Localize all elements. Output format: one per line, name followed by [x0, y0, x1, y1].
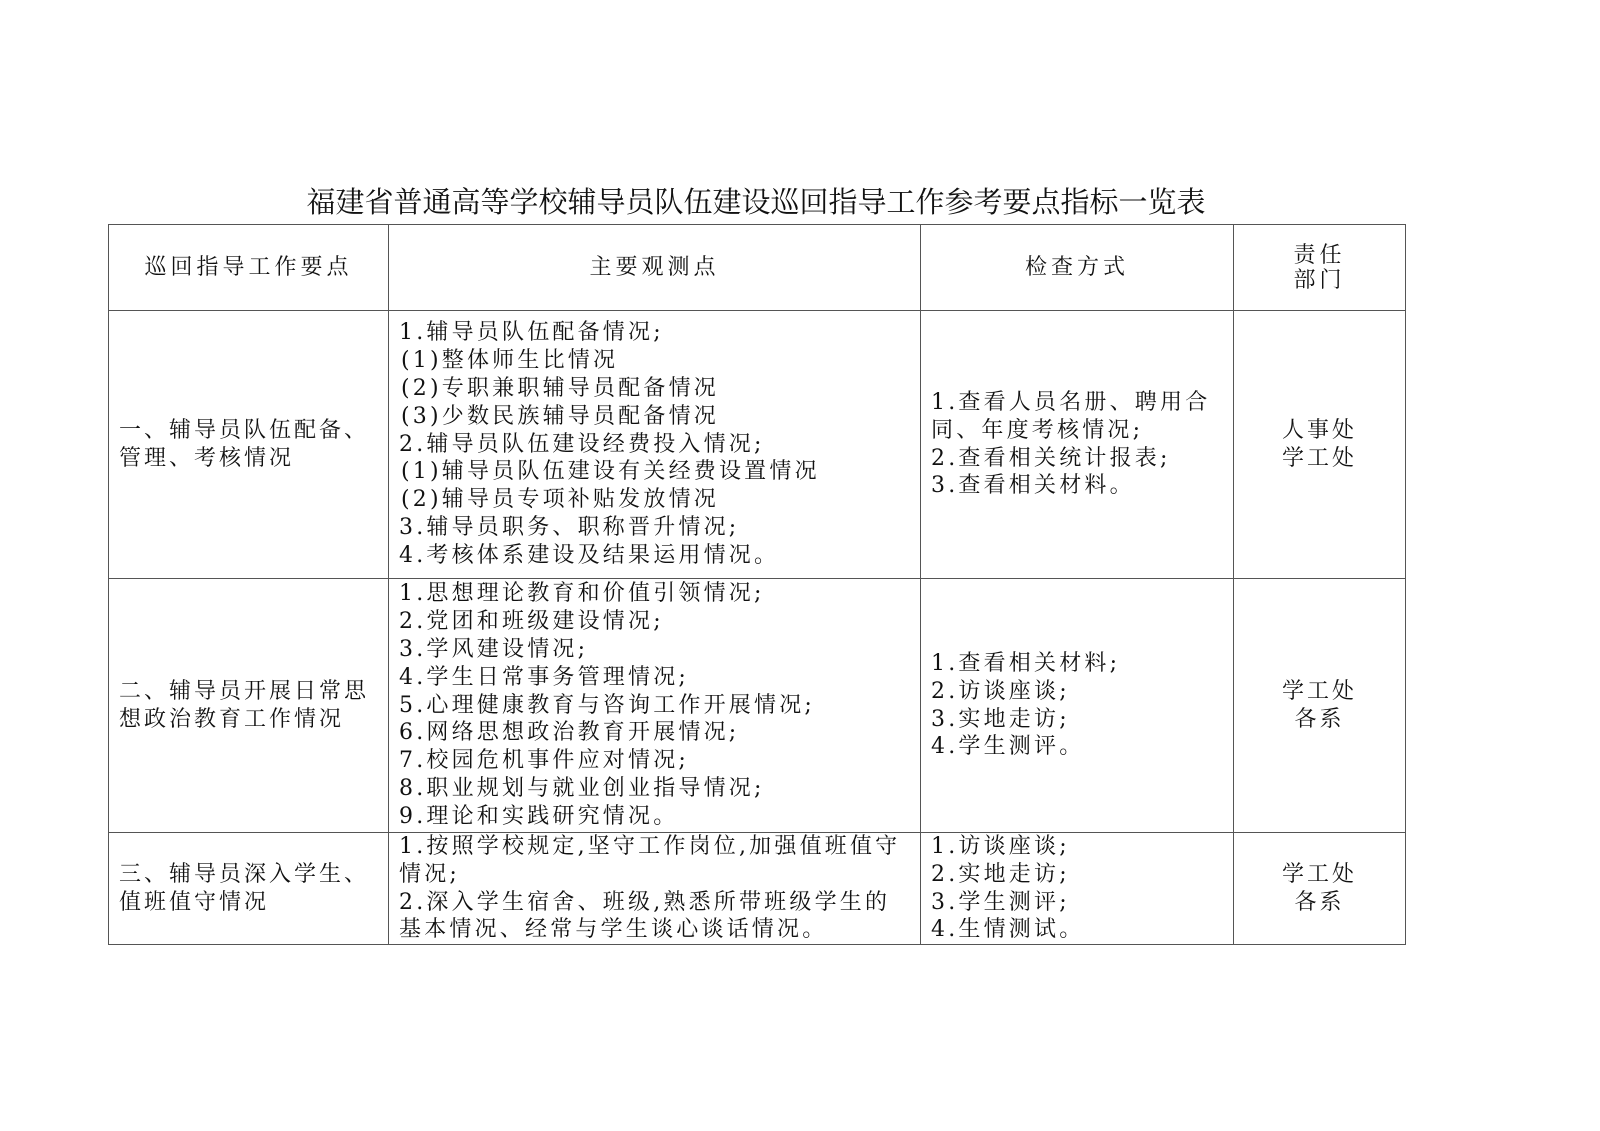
observation-line: 1.辅导员队伍配备情况; [399, 319, 914, 347]
observation-line: (2)专职兼职辅导员配备情况 [399, 375, 914, 403]
item-line: 值班值守情况 [119, 889, 380, 917]
observation-line: 2.辅导员队伍建设经费投入情况; [399, 431, 914, 459]
table-row: 一、辅导员队伍配备、 管理、考核情况 1.辅导员队伍配备情况; (1)整体师生比… [109, 311, 1406, 579]
observation-line: 3.辅导员职务、职称晋升情况; [399, 514, 914, 542]
method-cell: 1.访谈座谈; 2.实地走访; 3.学生测评; 4.生情测试。 [921, 833, 1234, 945]
method-line: 4.学生测评。 [931, 733, 1227, 761]
department-name: 人事处 [1234, 417, 1405, 445]
observation-line: 1.思想理论教育和价值引领情况; [399, 580, 914, 608]
observation-line: 4.学生日常事务管理情况; [399, 664, 914, 692]
observation-line: 2.党团和班级建设情况; [399, 608, 914, 636]
header-department: 责任 部门 [1234, 225, 1406, 311]
observation-cell: 1.辅导员队伍配备情况; (1)整体师生比情况 (2)专职兼职辅导员配备情况 (… [389, 311, 921, 579]
table-row: 三、辅导员深入学生、 值班值守情况 1.按照学校规定,坚守工作岗位,加强值班值守… [109, 833, 1406, 945]
method-cell: 1.查看相关材料; 2.访谈座谈; 3.实地走访; 4.学生测评。 [921, 579, 1234, 833]
method-line: 3.学生测评; [931, 889, 1227, 917]
department-name: 学工处 [1234, 678, 1405, 706]
observation-line: (1)整体师生比情况 [399, 347, 914, 375]
header-method: 检查方式 [921, 225, 1234, 311]
item-line: 一、辅导员队伍配备、 [119, 417, 380, 445]
observation-line: 7.校园危机事件应对情况; [399, 747, 914, 775]
page-title: 福建省普通高等学校辅导员队伍建设巡回指导工作参考要点指标一览表 [0, 180, 1512, 224]
observation-line: 6.网络思想政治教育开展情况; [399, 719, 914, 747]
department-name: 学工处 [1234, 861, 1405, 889]
method-line: 1.查看相关材料; [931, 650, 1227, 678]
guide-indicator-table: 巡回指导工作要点 主要观测点 检查方式 责任 部门 一、辅导员队伍配备、 管理、… [108, 224, 1406, 945]
department-name: 各系 [1234, 706, 1405, 734]
observation-line: (2)辅导员专项补贴发放情况 [399, 486, 914, 514]
observation-line: 4.考核体系建设及结果运用情况。 [399, 542, 914, 570]
department-name: 各系 [1234, 889, 1405, 917]
observation-line: (3)少数民族辅导员配备情况 [399, 403, 914, 431]
item-cell: 一、辅导员队伍配备、 管理、考核情况 [109, 311, 389, 579]
department-cell: 学工处 各系 [1234, 579, 1406, 833]
department-cell: 学工处 各系 [1234, 833, 1406, 945]
header-department-line1: 责任 [1234, 243, 1405, 268]
observation-line: 9.理论和实践研究情况。 [399, 803, 914, 831]
item-line: 二、辅导员开展日常思 [119, 678, 380, 706]
observation-line: 3.学风建设情况; [399, 636, 914, 664]
method-line: 2.查看相关统计报表; [931, 445, 1227, 473]
item-line: 想政治教育工作情况 [119, 706, 380, 734]
observation-cell: 1.思想理论教育和价值引领情况; 2.党团和班级建设情况; 3.学风建设情况; … [389, 579, 921, 833]
method-line: 3.查看相关材料。 [931, 472, 1227, 500]
item-line: 管理、考核情况 [119, 445, 380, 473]
item-cell: 二、辅导员开展日常思 想政治教育工作情况 [109, 579, 389, 833]
method-cell: 1.查看人员名册、聘用合同、年度考核情况; 2.查看相关统计报表; 3.查看相关… [921, 311, 1234, 579]
method-line: 3.实地走访; [931, 706, 1227, 734]
observation-line: 1.按照学校规定,坚守工作岗位,加强值班值守情况; [399, 833, 914, 889]
method-line: 4.生情测试。 [931, 916, 1227, 944]
header-item: 巡回指导工作要点 [109, 225, 389, 311]
observation-line: 2.深入学生宿舍、班级,熟悉所带班级学生的基本情况、经常与学生谈心谈话情况。 [399, 889, 914, 945]
observation-line: (1)辅导员队伍建设有关经费设置情况 [399, 458, 914, 486]
header-department-line2: 部门 [1234, 268, 1405, 293]
method-line: 2.访谈座谈; [931, 678, 1227, 706]
department-cell: 人事处 学工处 [1234, 311, 1406, 579]
method-line: 1.访谈座谈; [931, 833, 1227, 861]
observation-line: 5.心理健康教育与咨询工作开展情况; [399, 692, 914, 720]
item-cell: 三、辅导员深入学生、 值班值守情况 [109, 833, 389, 945]
method-line: 2.实地走访; [931, 861, 1227, 889]
observation-cell: 1.按照学校规定,坚守工作岗位,加强值班值守情况; 2.深入学生宿舍、班级,熟悉… [389, 833, 921, 945]
method-line: 1.查看人员名册、聘用合同、年度考核情况; [931, 389, 1227, 445]
observation-line: 8.职业规划与就业创业指导情况; [399, 775, 914, 803]
table-row: 二、辅导员开展日常思 想政治教育工作情况 1.思想理论教育和价值引领情况; 2.… [109, 579, 1406, 833]
department-name: 学工处 [1234, 445, 1405, 473]
table-header-row: 巡回指导工作要点 主要观测点 检查方式 责任 部门 [109, 225, 1406, 311]
header-observation: 主要观测点 [389, 225, 921, 311]
item-line: 三、辅导员深入学生、 [119, 861, 380, 889]
